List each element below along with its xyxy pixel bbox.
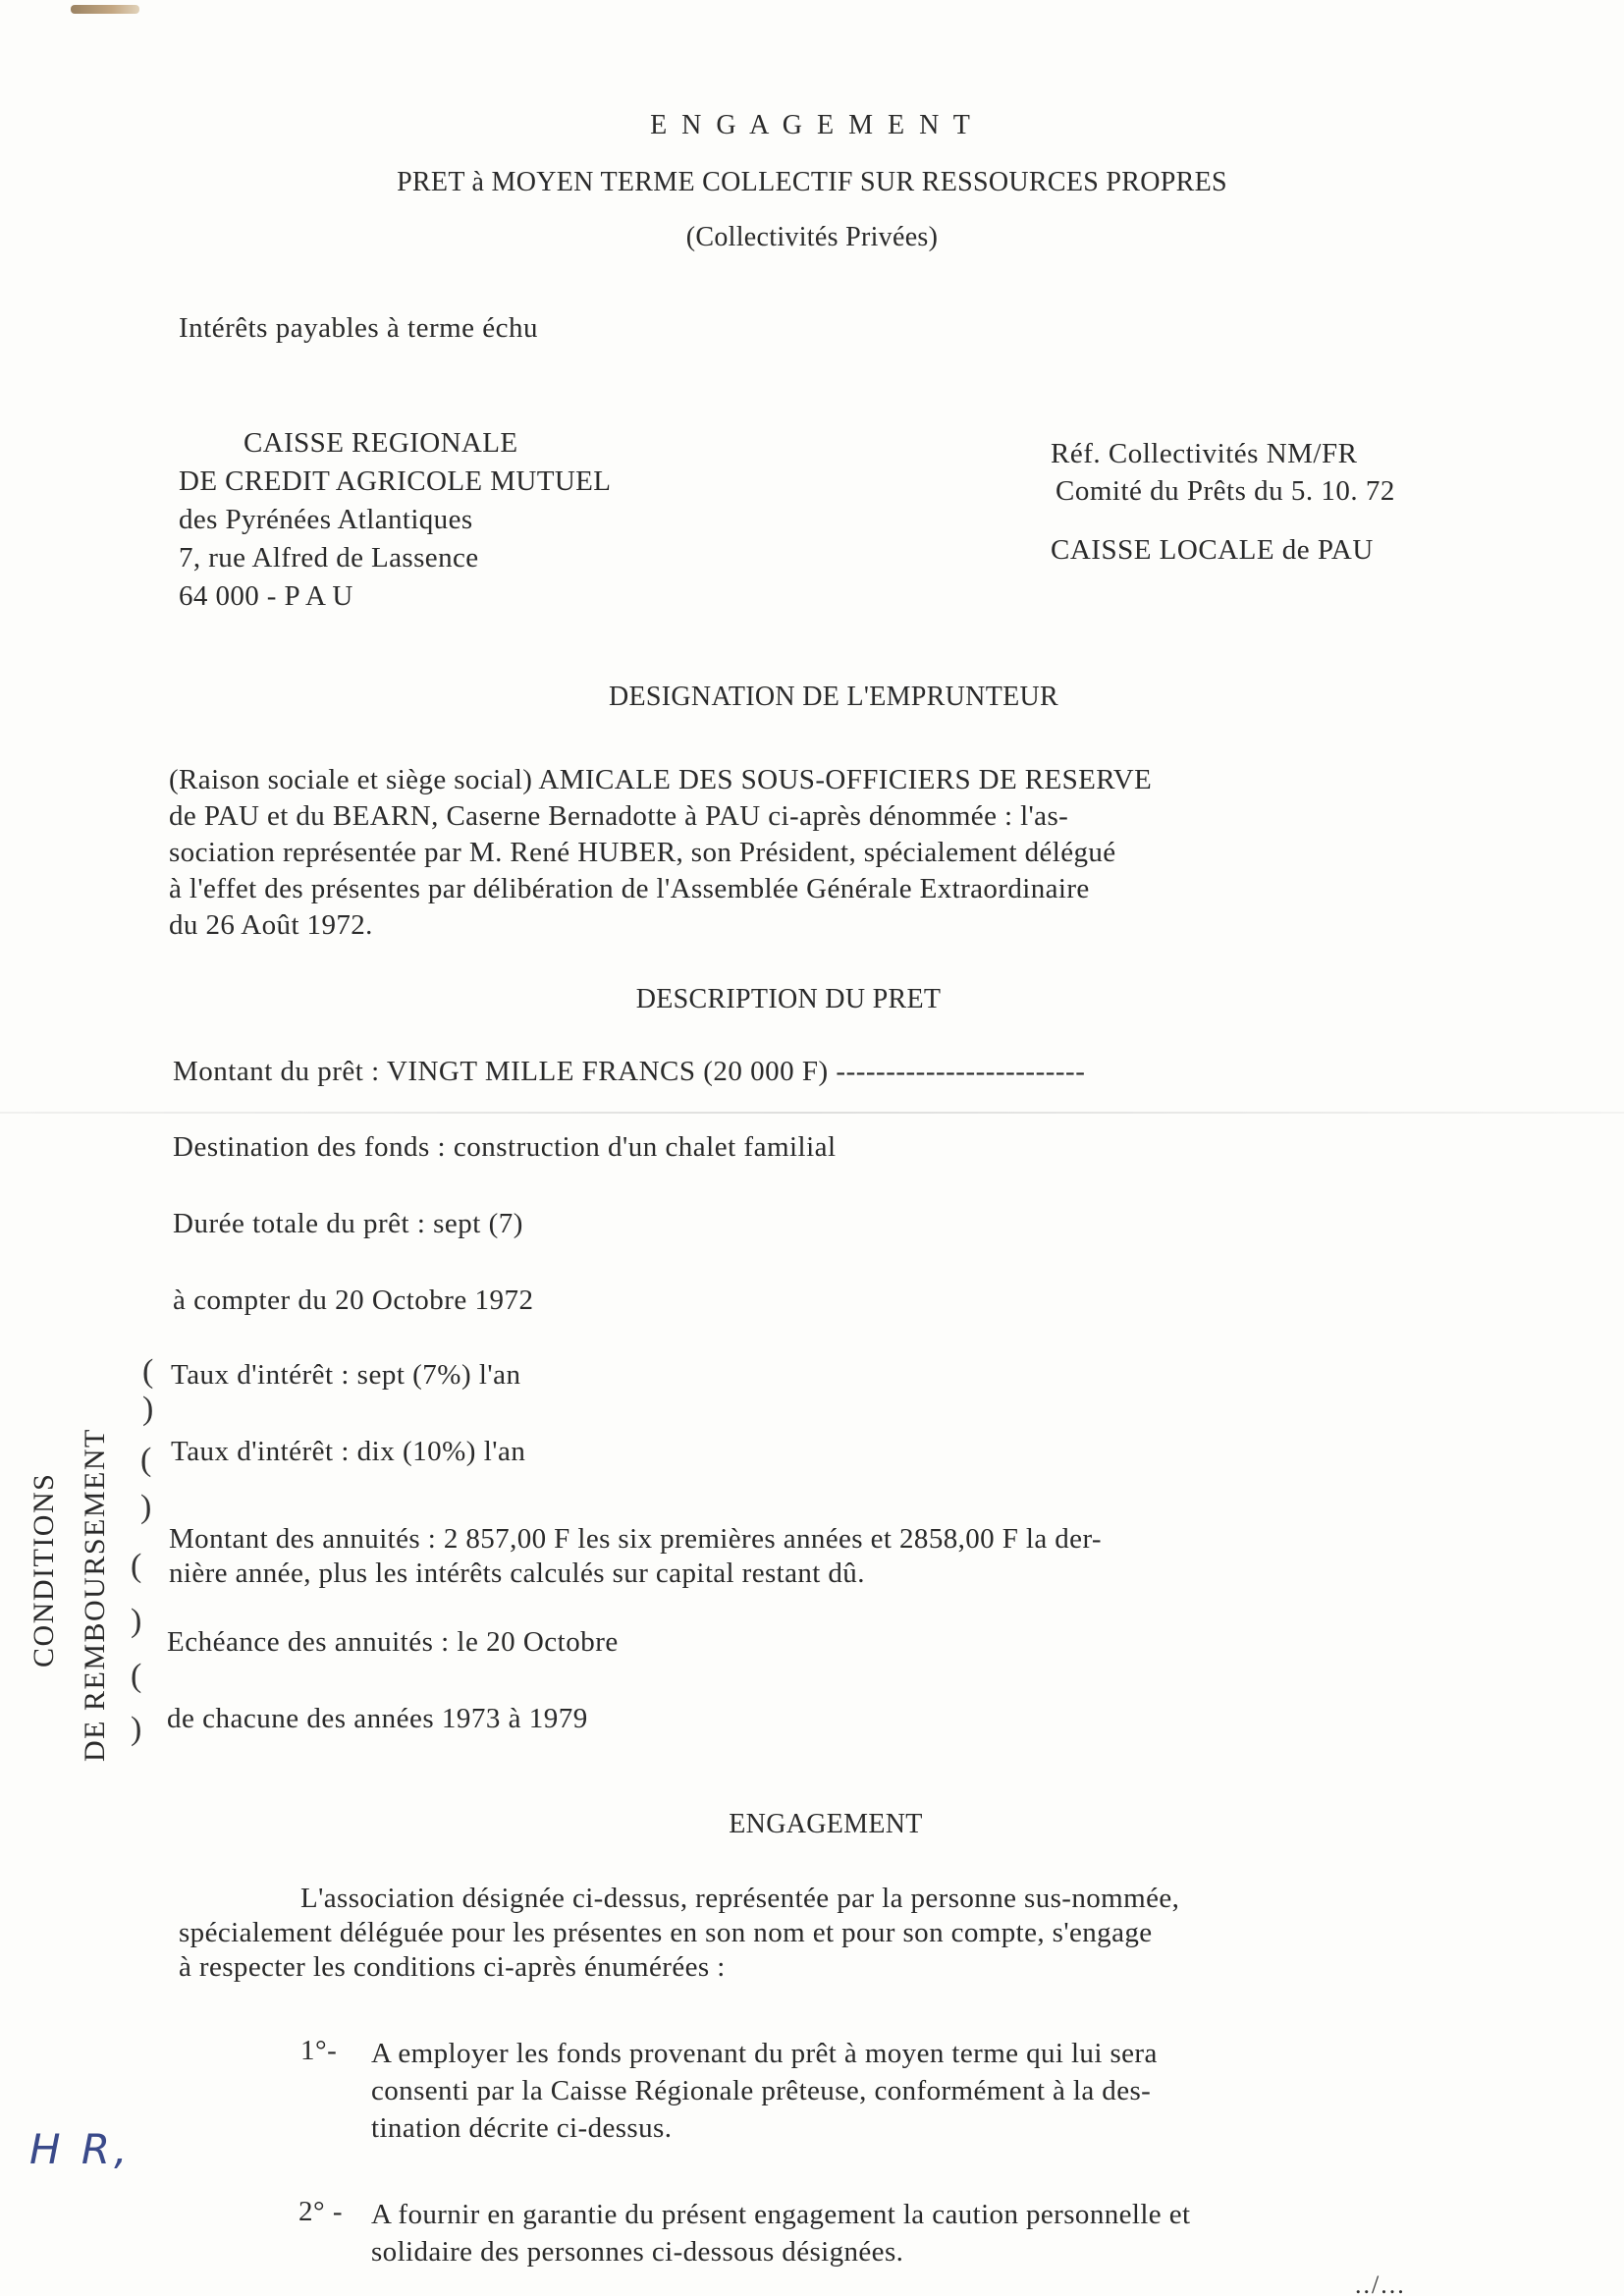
- annuities-line: Montant des annuités : 2 857,00 F les si…: [169, 1522, 1102, 1557]
- bracket-close: ): [140, 1489, 151, 1526]
- lender-line: DE CREDIT AGRICOLE MUTUEL: [179, 463, 611, 501]
- engagement-item-2: A fournir en garantie du présent engagem…: [371, 2196, 1190, 2270]
- bracket-close: ): [131, 1603, 141, 1640]
- bracket-close: ): [131, 1711, 141, 1748]
- annuities-due-date: Echéance des annuités : le 20 Octobre: [167, 1626, 619, 1659]
- borrower-heading: DESIGNATION DE L'EMPRUNTEUR: [22, 682, 1624, 713]
- borrower-line: de PAU et du BEARN, Caserne Bernadotte à…: [169, 798, 1152, 835]
- document-category: (Collectivités Privées): [0, 222, 1624, 253]
- engagement-intro: L'association désignée ci-dessus, représ…: [179, 1882, 1179, 1985]
- repayment-side-label-2: DE REMBOURSEMENT: [79, 1428, 112, 1762]
- lender-line: 64 000 - P A U: [179, 577, 611, 616]
- lender-address: CAISSE REGIONALE DE CREDIT AGRICOLE MUTU…: [179, 424, 611, 616]
- document-subtitle: PRET à MOYEN TERME COLLECTIF SUR RESSOUR…: [0, 167, 1624, 198]
- borrower-line: (Raison sociale et siège social) AMICALE…: [169, 762, 1152, 798]
- lender-line: des Pyrénées Atlantiques: [179, 501, 611, 539]
- continuation-mark: ../...: [1355, 2270, 1406, 2296]
- committee-date: Comité du Prêts du 5. 10. 72: [1056, 475, 1395, 508]
- loan-purpose: Destination des fonds : construction d'u…: [173, 1131, 837, 1164]
- bracket-close: ): [142, 1391, 153, 1428]
- bracket-open: (: [131, 1658, 141, 1695]
- item-2-line: A fournir en garantie du présent engagem…: [371, 2196, 1190, 2233]
- interest-note: Intérêts payables à terme échu: [179, 312, 538, 345]
- bracket-open: (: [142, 1353, 153, 1391]
- lender-line: CAISSE REGIONALE: [179, 424, 611, 463]
- item-2-number: 2° -: [298, 2196, 343, 2228]
- bracket-open: (: [131, 1548, 141, 1585]
- annuities-years: de chacune des années 1973 à 1979: [167, 1703, 588, 1735]
- lender-line: 7, rue Alfred de Lassence: [179, 539, 611, 577]
- handwritten-initials: H R,: [29, 2125, 131, 2173]
- item-2-line: solidaire des personnes ci-dessous désig…: [371, 2233, 1190, 2270]
- item-1-line: tination décrite ci-dessus.: [371, 2109, 1158, 2147]
- repayment-side-label-1: CONDITIONS: [27, 1473, 61, 1667]
- borrower-line: à l'effet des présentes par délibération…: [169, 871, 1152, 907]
- item-1-number: 1°-: [300, 2035, 337, 2067]
- borrower-line: sociation représentée par M. René HUBER,…: [169, 835, 1152, 871]
- borrower-line: du 26 Août 1972.: [169, 907, 1152, 944]
- engagement-heading: ENGAGEMENT: [14, 1809, 1624, 1840]
- engagement-line: spécialement déléguée pour les présentes…: [179, 1916, 1179, 1950]
- local-branch: CAISSE LOCALE de PAU: [1051, 534, 1374, 567]
- annuities-amount: Montant des annuités : 2 857,00 F les si…: [169, 1522, 1102, 1591]
- loan-amount: Montant du prêt : VINGT MILLE FRANCS (20…: [173, 1056, 1085, 1088]
- item-1-line: consenti par la Caisse Régionale prêteus…: [371, 2072, 1158, 2109]
- loan-start-date: à compter du 20 Octobre 1972: [173, 1285, 534, 1317]
- paper-stain: [71, 5, 139, 14]
- engagement-line: à respecter les conditions ci-après énum…: [179, 1950, 1179, 1985]
- interest-rate-1: Taux d'intérêt : sept (7%) l'an: [171, 1359, 521, 1392]
- reference-code: Réf. Collectivités NM/FR: [1051, 438, 1357, 470]
- engagement-line: L'association désignée ci-dessus, représ…: [179, 1882, 1179, 1916]
- paper-fold-line: [0, 1112, 1624, 1114]
- borrower-designation: (Raison sociale et siège social) AMICALE…: [169, 762, 1152, 944]
- bracket-open: (: [140, 1442, 151, 1479]
- engagement-item-1: A employer les fonds provenant du prêt à…: [371, 2035, 1158, 2147]
- interest-rate-2: Taux d'intérêt : dix (10%) l'an: [171, 1436, 525, 1468]
- annuities-line: nière année, plus les intérêts calculés …: [169, 1557, 1102, 1591]
- document-title: E N G A G E M E N T: [0, 110, 1624, 141]
- item-1-line: A employer les fonds provenant du prêt à…: [371, 2035, 1158, 2072]
- loan-duration: Durée totale du prêt : sept (7): [173, 1208, 523, 1240]
- loan-heading: DESCRIPTION DU PRET: [0, 984, 1600, 1015]
